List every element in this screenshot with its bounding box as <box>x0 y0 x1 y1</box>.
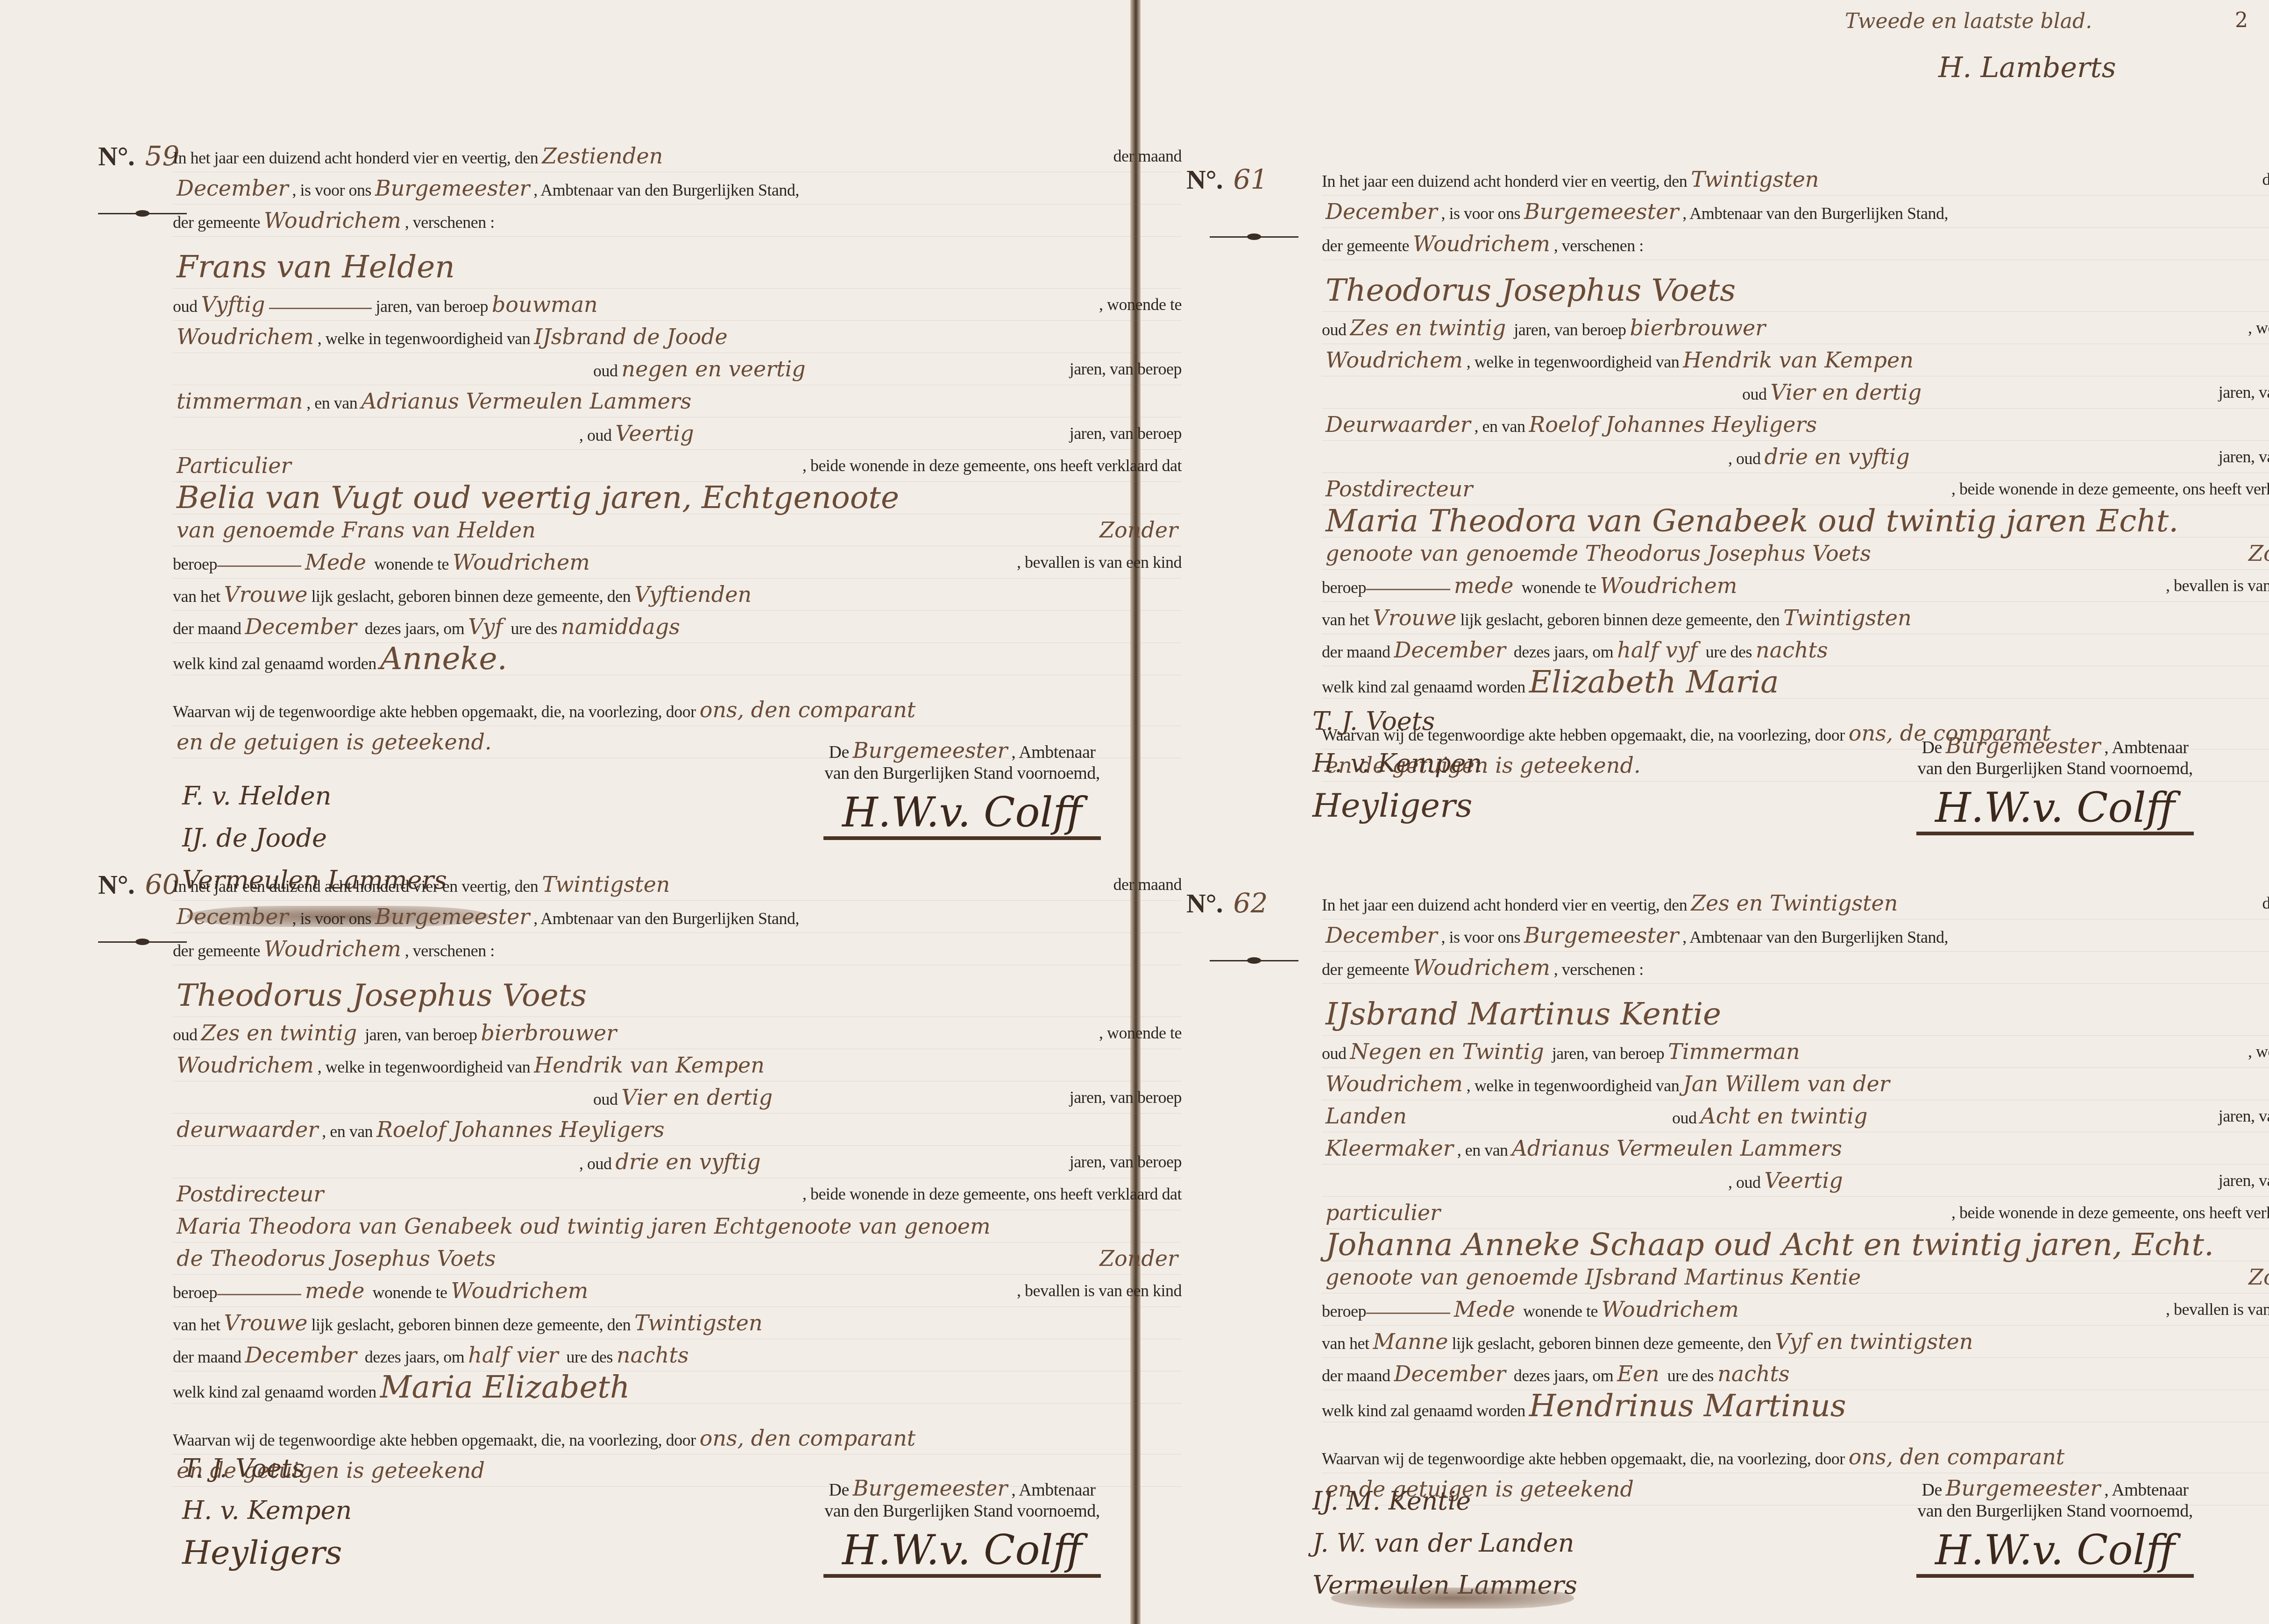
official-signature: H.W.v. Colff <box>823 1526 1101 1578</box>
act-number: N°. 61 <box>1186 163 1271 195</box>
child-name: Elizabeth Maria <box>1525 664 1783 700</box>
corner-signature: H. Lamberts <box>1938 51 2116 84</box>
official-signature: H.W.v. Colff <box>1916 784 2194 835</box>
child-name: Maria Elizabeth <box>376 1369 634 1405</box>
child-name: Anneke. <box>376 641 511 677</box>
municipality: Woudrichem <box>260 208 405 233</box>
act-month: December <box>173 176 292 201</box>
page-number: 2 <box>2235 8 2248 32</box>
corner-note: Tweede en laatste blad. <box>1845 9 2219 33</box>
witness-signatures: T. J. Voets H. v. Kempen Heyligers <box>1312 700 1482 826</box>
act-number: N°. 60 <box>98 868 183 900</box>
birth-act-61: N°. 61 In het jaar een duizend acht hond… <box>1322 163 2269 782</box>
official-signature: H.W.v. Colff <box>823 788 1101 840</box>
official-block: DeBurgemeester, Ambtenaar van den Burger… <box>1864 733 2247 835</box>
ornament-divider <box>1210 233 1298 240</box>
declarant-name: Theodorus Josephus Voets <box>173 977 590 1013</box>
act-day: Zestienden <box>538 143 667 169</box>
mother-line: Belia van Vugt oud veertig jaren, Echtge… <box>173 480 903 515</box>
declarant-name: Theodorus Josephus Voets <box>1322 272 1739 308</box>
ornament-divider <box>1210 957 1298 964</box>
declarant-name: Frans van Helden <box>173 249 459 285</box>
child-sex: Vrouwe <box>220 582 311 607</box>
official-signature: H.W.v. Colff <box>1916 1526 2194 1578</box>
official-block: DeBurgemeester, Ambtenaar van den Burger… <box>771 738 1154 840</box>
child-name: Hendrinus Martinus <box>1525 1388 1850 1424</box>
official-block: DeBurgemeester, Ambtenaar van den Burger… <box>771 1476 1154 1578</box>
official-block: DeBurgemeester, Ambtenaar van den Burger… <box>1864 1476 2247 1578</box>
birth-act-59: N°. 59 In het jaar een duizend acht hond… <box>173 140 1182 758</box>
declarant-name: IJsbrand Martinus Kentie <box>1322 996 1725 1032</box>
witness-signatures: T. J. Voets H. v. Kempen Heyligers <box>182 1447 352 1574</box>
ink-blot <box>1331 1588 1574 1609</box>
birth-act-62: N°. 62 In het jaar een duizend acht hond… <box>1322 887 2269 1505</box>
birth-act-60: N°. 60 In het jaar een duizend acht hond… <box>173 868 1182 1487</box>
act-number: N°. 59 <box>98 140 183 172</box>
act-number: N°. 62 <box>1186 887 1271 919</box>
